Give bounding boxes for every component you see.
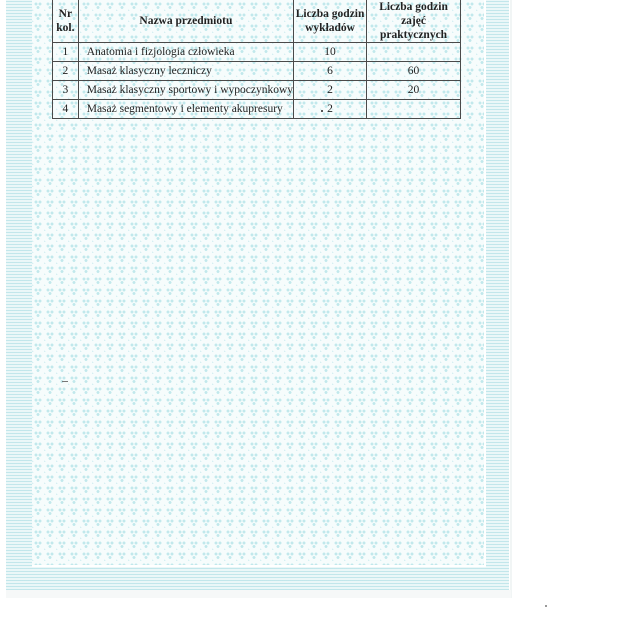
cell-name: Masaż segmentowy i elementy akupresury xyxy=(78,100,293,119)
header-practical-line2: zajęć praktycznych xyxy=(380,15,447,41)
header-practical: Liczba godzin zajęć praktycznych xyxy=(367,0,461,43)
scan-speck xyxy=(321,110,323,112)
cell-nr: 2 xyxy=(53,62,79,81)
table-row: 2 Masaż klasyczny leczniczy 6 60 xyxy=(53,62,461,81)
cell-nr: 4 xyxy=(53,100,79,119)
cell-name: Anatomia i fizjologia człowieka xyxy=(78,43,293,62)
header-lectures: Liczba godzin wykładów xyxy=(294,0,367,43)
cell-lectures: 2 xyxy=(294,81,367,100)
header-lectures-line2: wykładów xyxy=(305,22,355,34)
header-nr-line2: kol. xyxy=(56,22,74,34)
page-edge-line xyxy=(510,0,512,598)
cell-nr: 1 xyxy=(53,43,79,62)
header-practical-line1: Liczba godzin xyxy=(379,1,448,13)
cell-name: Masaż klasyczny sportowy i wypoczynkowy xyxy=(78,81,293,100)
cell-nr: 3 xyxy=(53,81,79,100)
cell-practical: 20 xyxy=(367,81,461,100)
scan-mark xyxy=(62,381,68,382)
header-lectures-line1: Liczba godzin xyxy=(296,8,365,20)
cell-name: Masaż klasyczny leczniczy xyxy=(78,62,293,81)
table-row: 4 Masaż segmentowy i elementy akupresury… xyxy=(53,100,461,119)
cell-practical xyxy=(367,100,461,119)
subjects-table: Nr kol. Nazwa przedmiotu Liczba godzin w… xyxy=(52,0,461,119)
header-name: Nazwa przedmiotu xyxy=(78,0,293,43)
header-nr-line1: Nr xyxy=(59,8,72,20)
cell-lectures: 10 xyxy=(294,43,367,62)
cell-practical xyxy=(367,43,461,62)
certificate-page: Nr kol. Nazwa przedmiotu Liczba godzin w… xyxy=(0,0,640,640)
header-nr: Nr kol. xyxy=(53,0,79,43)
page-bottom-edge xyxy=(6,590,511,598)
cell-lectures: 6 xyxy=(294,62,367,81)
table-row: 1 Anatomia i fizjologia człowieka 10 xyxy=(53,43,461,62)
scan-speck xyxy=(545,605,547,607)
table-row: 3 Masaż klasyczny sportowy i wypoczynkow… xyxy=(53,81,461,100)
cell-practical: 60 xyxy=(367,62,461,81)
cell-lectures: 2 xyxy=(294,100,367,119)
table-header-row: Nr kol. Nazwa przedmiotu Liczba godzin w… xyxy=(53,0,461,43)
